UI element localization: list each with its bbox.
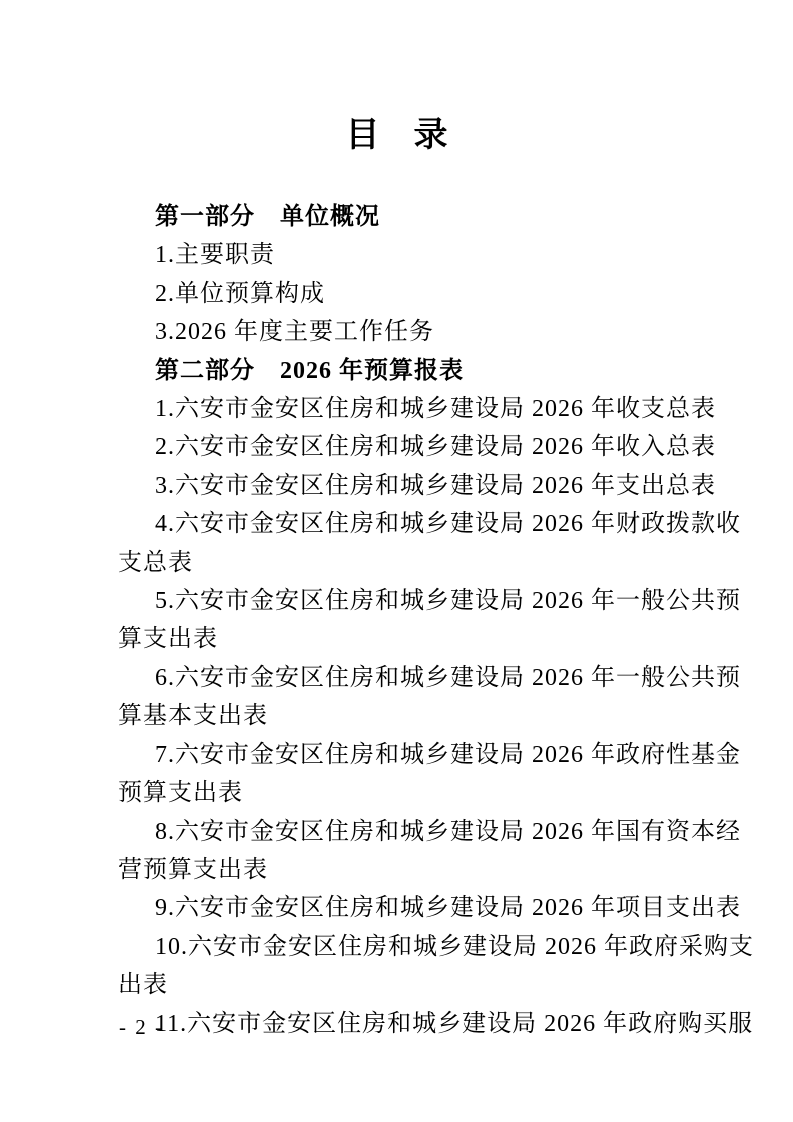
section-2-heading: 第二部分 2026 年预算报表 bbox=[118, 352, 718, 390]
toc-item: 1.主要职责 bbox=[118, 236, 718, 274]
page-number: - 2 - bbox=[119, 1014, 164, 1040]
toc-item: 3.2026 年度主要工作任务 bbox=[118, 313, 718, 351]
toc-item: 2.六安市金安区住房和城乡建设局 2026 年收入总表 bbox=[118, 428, 718, 466]
toc-item: 4.六安市金安区住房和城乡建设局 2026 年财政拨款收 支总表 bbox=[118, 505, 718, 582]
toc-item: 5.六安市金安区住房和城乡建设局 2026 年一般公共预 算支出表 bbox=[118, 582, 718, 659]
toc-item: 11.六安市金安区住房和城乡建设局 2026 年政府购买服 bbox=[118, 1005, 718, 1043]
toc-item: 9.六安市金安区住房和城乡建设局 2026 年项目支出表 bbox=[118, 889, 718, 927]
toc-item: 8.六安市金安区住房和城乡建设局 2026 年国有资本经 营预算支出表 bbox=[118, 813, 718, 890]
toc-item: 1.六安市金安区住房和城乡建设局 2026 年收支总表 bbox=[118, 390, 718, 428]
toc-item: 10.六安市金安区住房和城乡建设局 2026 年政府采购支 出表 bbox=[118, 928, 718, 1005]
toc-item: 3.六安市金安区住房和城乡建设局 2026 年支出总表 bbox=[118, 467, 718, 505]
page-title: 目 录 bbox=[0, 116, 793, 156]
toc-item: 7.六安市金安区住房和城乡建设局 2026 年政府性基金 预算支出表 bbox=[118, 736, 718, 813]
section-1-heading: 第一部分 单位概况 bbox=[118, 198, 718, 236]
table-of-contents: 第一部分 单位概况 1.主要职责 2.单位预算构成 3.2026 年度主要工作任… bbox=[118, 198, 718, 1043]
toc-item: 6.六安市金安区住房和城乡建设局 2026 年一般公共预 算基本支出表 bbox=[118, 659, 718, 736]
toc-item: 2.单位预算构成 bbox=[118, 275, 718, 313]
document-page: 目 录 第一部分 单位概况 1.主要职责 2.单位预算构成 3.2026 年度主… bbox=[0, 0, 793, 1122]
